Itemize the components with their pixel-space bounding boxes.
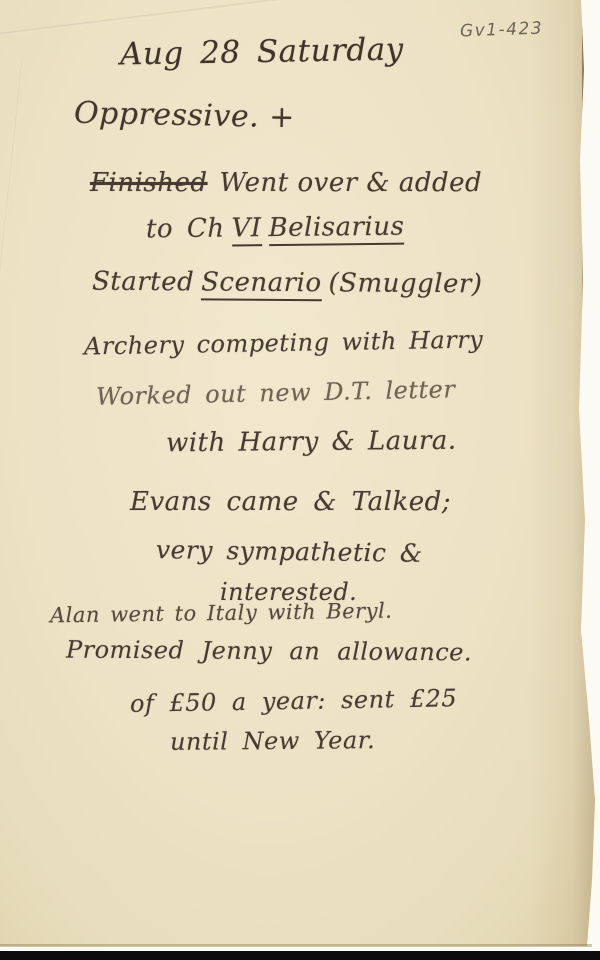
paper-edge-crack [582, 0, 584, 470]
line-date-heading: Aug 28 Saturday [120, 32, 404, 73]
paper-crease [0, 61, 24, 320]
line-text: to Ch [146, 214, 225, 245]
line-text: (Smuggler) [328, 268, 482, 299]
manuscript-paper: Gv1-423 Aug 28 Saturday Oppressive. + Fi… [0, 0, 600, 947]
book-title: Belisarius [268, 212, 404, 246]
line-alan-italy: Alan went to Italy with Beryl. [50, 599, 393, 628]
line-harry-laura: with Harry & Laura. [166, 426, 457, 459]
line-sympathetic: very sympathetic & [156, 535, 423, 568]
line-archery: Archery competing with Harry [84, 326, 484, 361]
scanned-document: Gv1-423 Aug 28 Saturday Oppressive. + Fi… [0, 0, 600, 960]
line-fifty-pounds: of £50 a year: sent £25 [130, 684, 458, 718]
line-chapter: to ChVIBelisarius [146, 212, 405, 245]
line-went-over: FinishedWent over & added [90, 168, 482, 198]
line-new-year: until New Year. [170, 726, 375, 756]
catalog-annotation: Gv1-423 [460, 19, 544, 42]
line-evans: Evans came & Talked; [130, 487, 451, 517]
line-dt-letter: Worked out new D.T. letter [96, 375, 456, 411]
struck-word: Finished [90, 168, 208, 198]
line-scenario: StartedScenario(Smuggler) [92, 267, 483, 300]
chapter-numeral: VI [231, 213, 261, 246]
line-text: Started [92, 267, 194, 298]
line-weather: Oppressive. + [74, 96, 296, 136]
line-text: Went over & added [220, 168, 483, 198]
line-jenny-allowance: Promised Jenny an allowance. [66, 636, 472, 667]
underlined-word: Scenario [201, 267, 322, 301]
paper-edge-shading [530, 0, 600, 947]
scanner-edge-bar [0, 951, 600, 960]
paper-bottom-shadow [0, 944, 592, 947]
